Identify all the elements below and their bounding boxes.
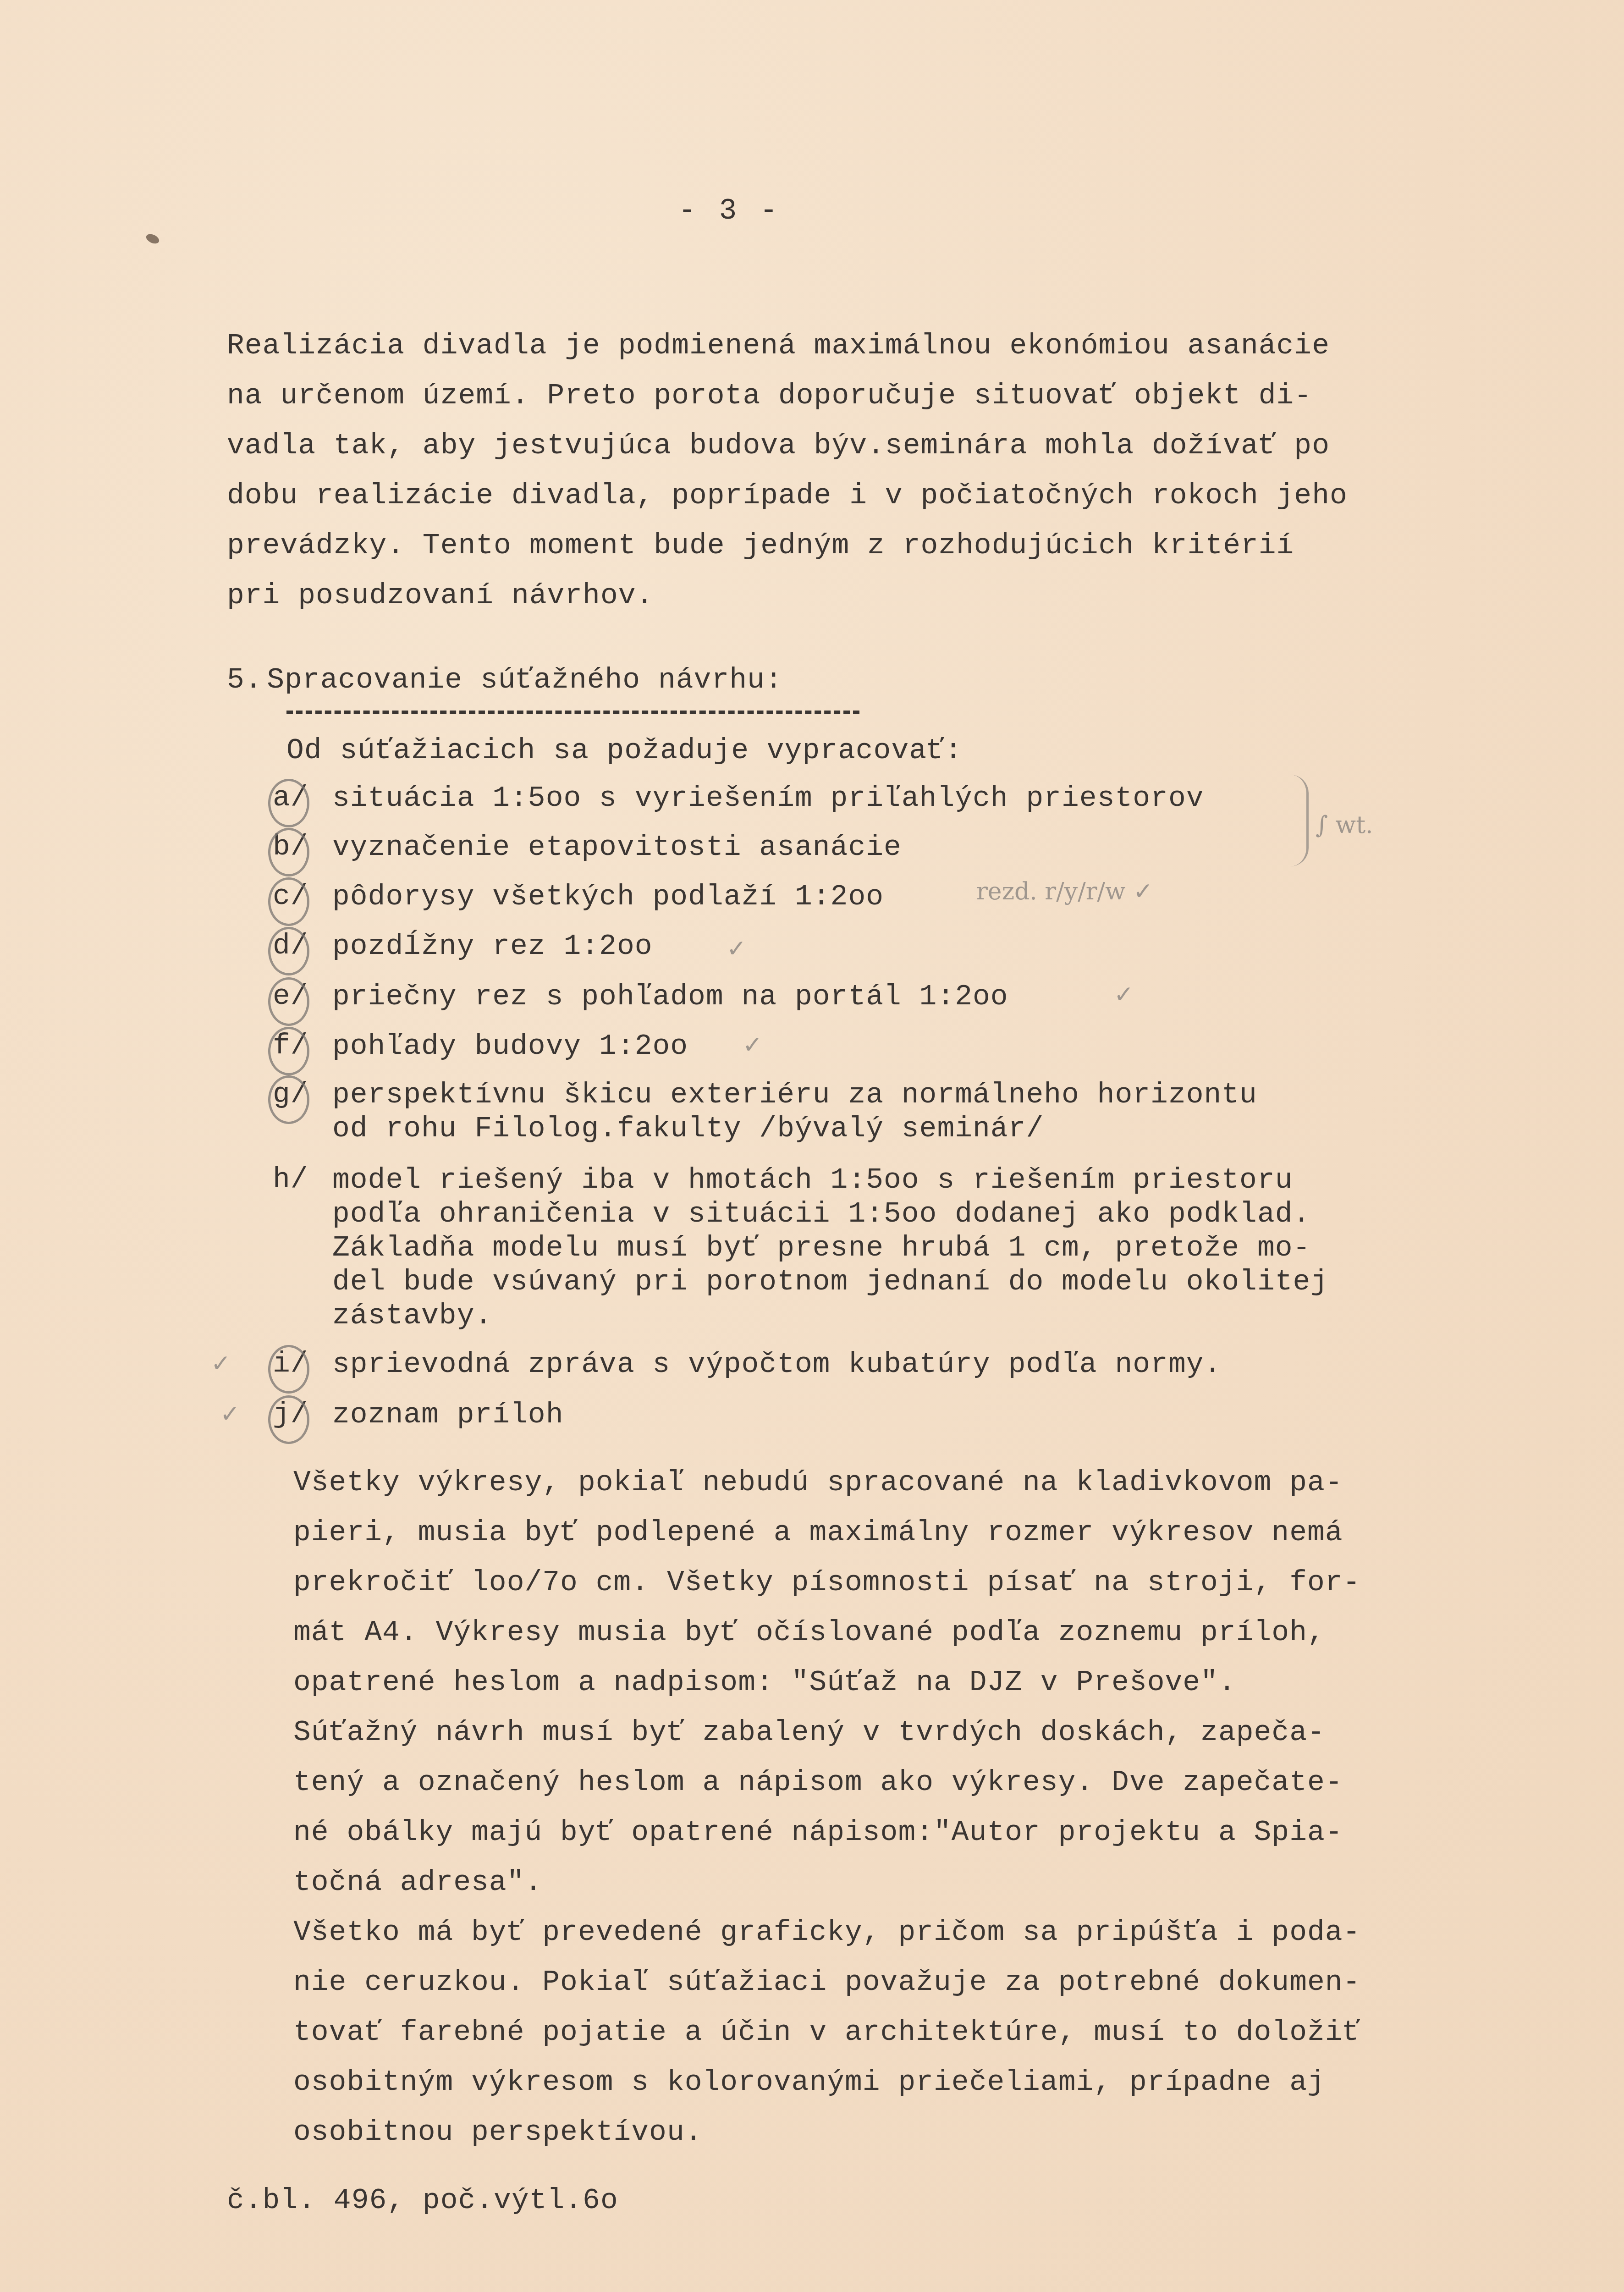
text-line: Všetko má byť prevedené graficky, pričom… <box>293 1907 1531 1957</box>
text-line: dobu realizácie divadla, poprípade i v p… <box>227 471 1464 521</box>
text-line: prevádzky. Tento moment bude jedným z ro… <box>227 521 1464 571</box>
section-title: Spracovanie súťažného návrhu: <box>267 664 782 696</box>
page-number: - 3 - <box>678 195 780 228</box>
text-line: mát A4. Výkresy musia byť očíslované pod… <box>293 1608 1531 1658</box>
list-item: j/zoznam príloh <box>273 1398 563 1432</box>
text-line: točná adresa". <box>293 1857 1531 1907</box>
section-heading: 5. Spracovanie súťažného návrhu: <box>227 664 783 696</box>
item-text: pôdorysy všetkých podlaží 1:2oo <box>332 880 884 914</box>
item-text: vyznačenie etapovitosti asanácie <box>332 831 902 865</box>
item-letter: h/ <box>273 1163 308 1196</box>
pencil-circle <box>268 1345 309 1394</box>
text-line: né obálky majú byť opatrené nápisom:"Aut… <box>293 1807 1531 1857</box>
pencil-circle <box>268 1027 309 1075</box>
list-item: h/model riešený iba v hmotách 1:5oo s ri… <box>273 1163 1328 1333</box>
text-line: pieri, musia byť podlepené a maximálny r… <box>293 1508 1531 1558</box>
list-item: b/vyznačenie etapovitosti asanácie <box>273 831 902 865</box>
ink-smudge <box>145 232 161 246</box>
item-text: od rohu Filolog.fakulty /bývalý seminár/ <box>332 1112 1257 1146</box>
pencil-checkmark-icon: ✓ <box>220 1400 240 1428</box>
pencil-checkmark-icon: ✓ <box>211 1350 231 1377</box>
closing-paragraph: Všetky výkresy, pokiaľ nebudú spracované… <box>293 1458 1531 2157</box>
text-line: prekročiť loo/7o cm. Všetky písomnosti p… <box>293 1558 1531 1608</box>
text-line: Realizácia divadla je podmienená maximál… <box>227 321 1464 371</box>
section-intro: Od súťažiacich sa požaduje vypracovať: <box>286 734 963 767</box>
pencil-circle <box>268 877 309 926</box>
pencil-brace <box>1288 775 1309 866</box>
text-line: pri posudzovaní návrhov. <box>227 571 1464 621</box>
pencil-checkmark-icon: ✓ <box>727 935 747 963</box>
item-text: Základňa modelu musí byť presne hrubá 1 … <box>332 1231 1328 1265</box>
item-text: del bude vsúvaný pri porotnom jednaní do… <box>332 1265 1328 1299</box>
section-number: 5. <box>227 664 263 696</box>
text-line: tovať farebné pojatie a účin v architekt… <box>293 2007 1531 2057</box>
item-text: sprievodná zpráva s výpočtom kubatúry po… <box>332 1348 1222 1382</box>
item-text: pozdĺžny rez 1:2oo <box>332 930 653 964</box>
pencil-note-ab: ∫ wt. <box>1316 811 1373 839</box>
item-text: pohľady budovy 1:2oo <box>332 1030 688 1063</box>
list-item: e/priečny rez s pohľadom na portál 1:2oo <box>273 980 1008 1014</box>
intro-paragraph: Realizácia divadla je podmienená maximál… <box>227 321 1464 621</box>
text-line: osobitným výkresom s kolorovanými prieče… <box>293 2057 1531 2107</box>
text-line: opatrené heslom a nadpisom: "Súťaž na DJ… <box>293 1658 1531 1708</box>
list-item: a/situácia 1:5oo s vyriešením priľahlých… <box>273 782 1204 815</box>
item-text: zoznam príloh <box>332 1398 563 1432</box>
footer-reference: č.bl. 496, poč.výtl.6o <box>227 2184 618 2217</box>
text-line: nie ceruzkou. Pokiaľ súťažiaci považuje … <box>293 1957 1531 2007</box>
item-text: priečny rez s pohľadom na portál 1:2oo <box>332 980 1008 1014</box>
heading-underline <box>286 711 859 714</box>
text-line: na určenom území. Preto porota doporučuj… <box>227 371 1464 421</box>
pencil-checkmark-icon: ✓ <box>1114 981 1134 1008</box>
text-line: vadla tak, aby jestvujúca budova býv.sem… <box>227 421 1464 471</box>
pencil-circle <box>268 1075 309 1124</box>
pencil-note-c: rezd. r/y/r/w ✓ <box>976 878 1153 905</box>
item-text: zástavby. <box>332 1299 1328 1333</box>
list-item: d/pozdĺžny rez 1:2oo <box>273 930 653 964</box>
list-item: i/sprievodná zpráva s výpočtom kubatúry … <box>273 1348 1222 1382</box>
item-text: perspektívnu škicu exteriéru za normálne… <box>332 1078 1257 1112</box>
pencil-circle <box>268 977 309 1026</box>
list-item: c/pôdorysy všetkých podlaží 1:2oo <box>273 880 884 914</box>
text-line: tený a označený heslom a nápisom ako výk… <box>293 1758 1531 1807</box>
list-item: g/perspektívnu škicu exteriéru za normál… <box>273 1078 1257 1146</box>
text-line: osobitnou perspektívou. <box>293 2107 1531 2157</box>
pencil-circle <box>268 1395 309 1444</box>
text-line: Súťažný návrh musí byť zabalený v tvrdýc… <box>293 1708 1531 1758</box>
pencil-circle <box>268 779 309 827</box>
text-line: Všetky výkresy, pokiaľ nebudú spracované… <box>293 1458 1531 1508</box>
list-item: f/pohľady budovy 1:2oo <box>273 1030 688 1063</box>
item-text: podľa ohraničenia v situácii 1:5oo dodan… <box>332 1197 1328 1231</box>
pencil-circle <box>268 828 309 876</box>
item-text: situácia 1:5oo s vyriešením priľahlých p… <box>332 782 1204 815</box>
pencil-circle <box>268 927 309 975</box>
pencil-checkmark-icon: ✓ <box>743 1031 763 1059</box>
item-text: model riešený iba v hmotách 1:5oo s rieš… <box>332 1163 1328 1197</box>
